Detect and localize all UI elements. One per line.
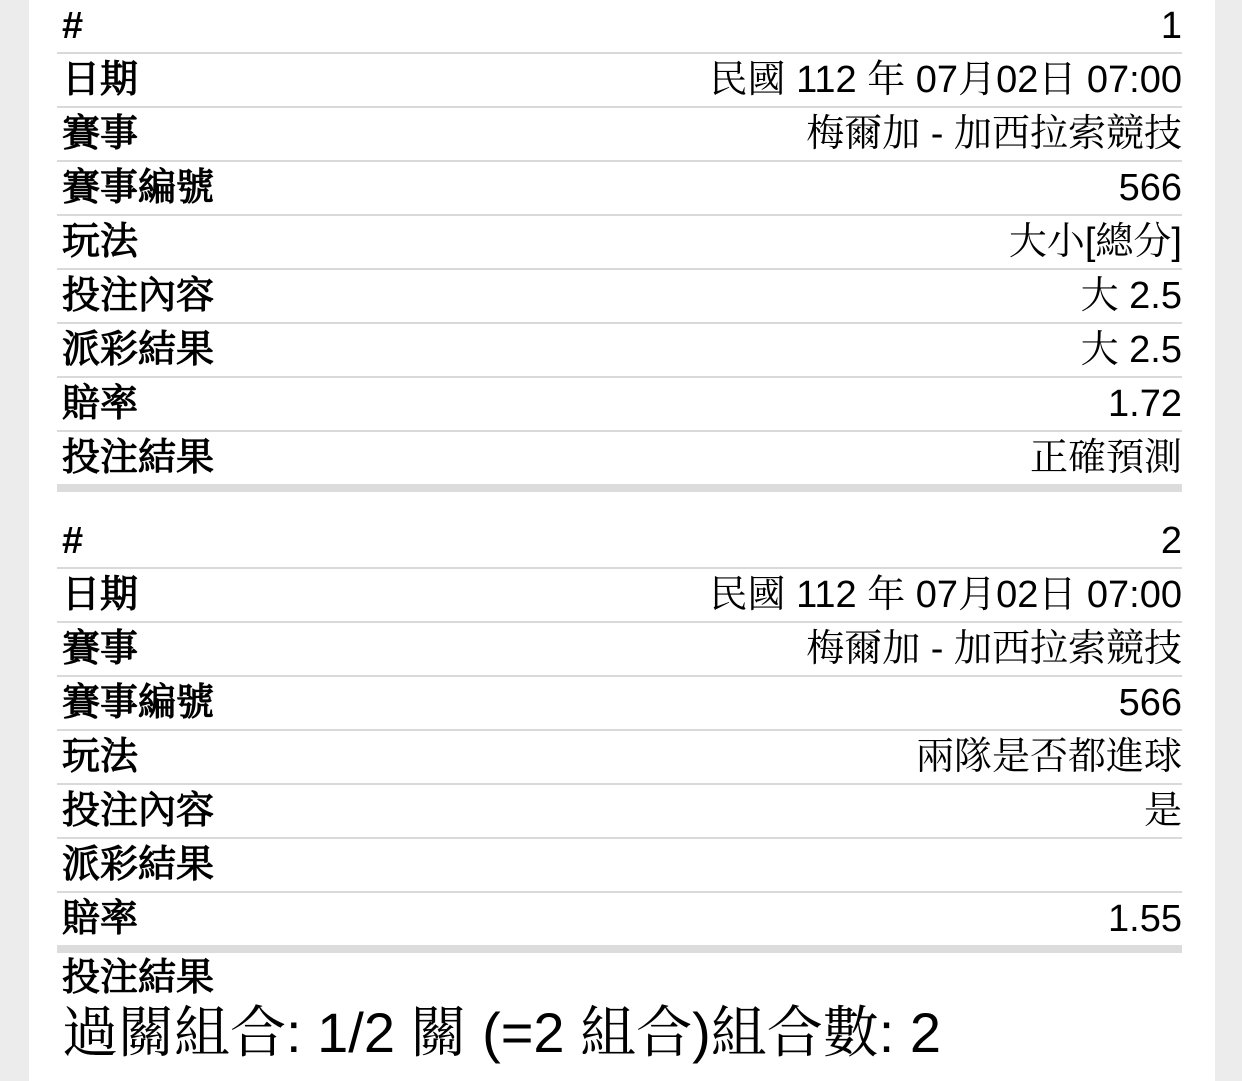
row-bet-content: 投注內容 大 2.5 (57, 270, 1182, 324)
bet-record-1: # 1 日期 民國 112 年 07月02日 07:00 賽事 梅爾加 - 加西… (57, 0, 1182, 492)
row-index: # 1 (57, 0, 1182, 54)
row-payout-result: 派彩結果 (57, 839, 1182, 893)
field-label-date: 日期 (57, 569, 138, 621)
row-odds: 賠率 1.55 (57, 893, 1182, 953)
bet-record-2: # 2 日期 民國 112 年 07月02日 07:00 賽事 梅爾加 - 加西… (57, 515, 1182, 1003)
field-value-bet-content: 是 (214, 785, 1182, 837)
field-value-bet-result: 正確預測 (214, 432, 1182, 484)
field-value-date: 民國 112 年 07月02日 07:00 (138, 569, 1182, 621)
field-value-index: 2 (83, 515, 1182, 567)
field-label-event-no: 賽事編號 (57, 677, 214, 729)
row-play-type: 玩法 大小[總分] (57, 216, 1182, 270)
field-value-play-type: 大小[總分] (138, 216, 1182, 268)
field-value-bet-content: 大 2.5 (214, 270, 1182, 322)
field-label-event-no: 賽事編號 (57, 162, 214, 214)
field-value-index: 1 (83, 0, 1182, 52)
field-value-payout-result: 大 2.5 (214, 324, 1182, 376)
field-label-play-type: 玩法 (57, 216, 138, 268)
field-label-index: # (57, 515, 83, 567)
field-label-odds: 賠率 (57, 893, 138, 945)
field-label-odds: 賠率 (57, 378, 138, 430)
field-value-event-no: 566 (214, 162, 1182, 214)
field-label-payout-result: 派彩結果 (57, 839, 214, 891)
row-bet-content: 投注內容 是 (57, 785, 1182, 839)
row-event: 賽事 梅爾加 - 加西拉索競技 (57, 108, 1182, 162)
field-label-play-type: 玩法 (57, 731, 138, 783)
row-odds: 賠率 1.72 (57, 378, 1182, 432)
bet-records-card: # 1 日期 民國 112 年 07月02日 07:00 賽事 梅爾加 - 加西… (29, 0, 1215, 1081)
row-event: 賽事 梅爾加 - 加西拉索競技 (57, 623, 1182, 677)
row-date: 日期 民國 112 年 07月02日 07:00 (57, 54, 1182, 108)
row-event-no: 賽事編號 566 (57, 677, 1182, 731)
parlay-summary: 過關組合: 1/2 關 (=2 組合)組合數: 2 (57, 1003, 1182, 1063)
row-payout-result: 派彩結果 大 2.5 (57, 324, 1182, 378)
row-bet-result: 投注結果 正確預測 (57, 432, 1182, 492)
field-value-odds: 1.72 (138, 378, 1182, 430)
row-index: # 2 (57, 515, 1182, 569)
field-label-bet-result: 投注結果 (57, 432, 214, 484)
field-label-bet-content: 投注內容 (57, 785, 214, 837)
row-bet-result: 投注結果 (57, 953, 1182, 1003)
field-label-date: 日期 (57, 54, 138, 106)
field-label-payout-result: 派彩結果 (57, 324, 214, 376)
field-value-event: 梅爾加 - 加西拉索競技 (138, 623, 1182, 675)
field-value-event: 梅爾加 - 加西拉索競技 (138, 108, 1182, 160)
field-value-date: 民國 112 年 07月02日 07:00 (138, 54, 1182, 106)
field-label-bet-content: 投注內容 (57, 270, 214, 322)
field-label-index: # (57, 0, 83, 52)
field-value-odds: 1.55 (138, 893, 1182, 945)
field-label-event: 賽事 (57, 108, 138, 160)
field-label-event: 賽事 (57, 623, 138, 675)
page-background: # 1 日期 民國 112 年 07月02日 07:00 賽事 梅爾加 - 加西… (0, 0, 1242, 1081)
row-date: 日期 民國 112 年 07月02日 07:00 (57, 569, 1182, 623)
row-play-type: 玩法 兩隊是否都進球 (57, 731, 1182, 785)
field-value-event-no: 566 (214, 677, 1182, 729)
field-label-bet-result: 投注結果 (57, 953, 214, 1003)
field-value-play-type: 兩隊是否都進球 (138, 731, 1182, 783)
row-event-no: 賽事編號 566 (57, 162, 1182, 216)
